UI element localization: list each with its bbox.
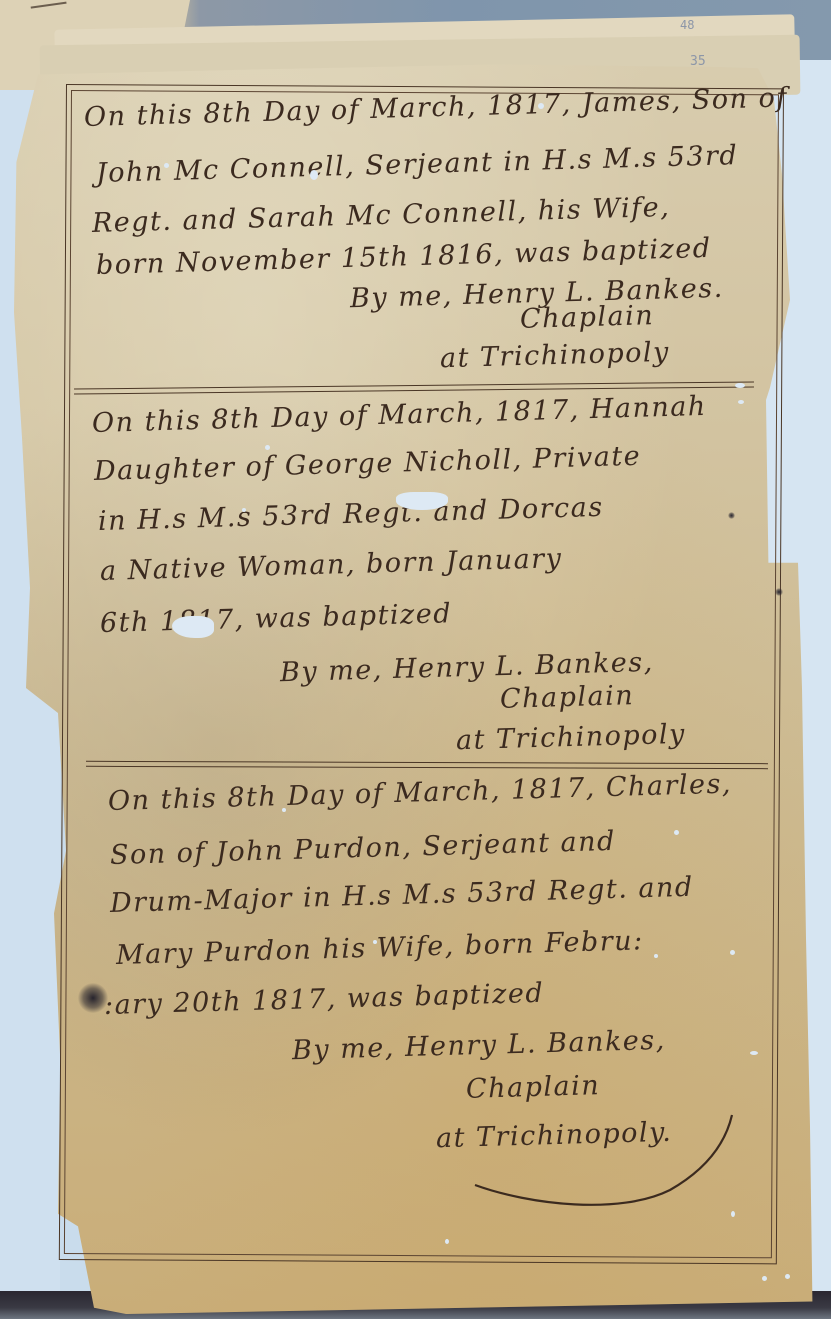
signature-title: Chaplain [500,680,635,715]
paper-hole [164,163,169,168]
paper-hole [735,383,745,388]
paper-hole [310,170,318,180]
signature-flourish [470,1105,750,1215]
paper-hole [750,1051,758,1055]
paper-hole [445,1239,449,1244]
paper-hole [373,940,377,944]
paper-hole [674,830,679,835]
paper-hole [265,445,270,450]
ink-stain [775,588,783,596]
paper-hole [282,808,286,812]
paper-hole [785,1274,790,1279]
ink-stain [728,512,735,519]
paper-hole [396,492,448,510]
paper-hole [730,950,735,955]
signature-title: Chaplain [520,300,655,335]
corner-mark: 48 [680,18,694,32]
ink-stain [78,983,108,1013]
paper-hole [538,103,544,109]
paper-hole [242,508,246,512]
signature-place: at Trichinopoly [440,337,671,374]
signature-place: at Trichinopoly [456,719,687,756]
paper-hole [762,1276,767,1281]
signature-title: Chaplain [466,1070,601,1105]
paper-hole [172,616,214,638]
paper-hole [731,1211,735,1217]
paper-hole [654,954,658,958]
paper-hole [738,400,744,404]
